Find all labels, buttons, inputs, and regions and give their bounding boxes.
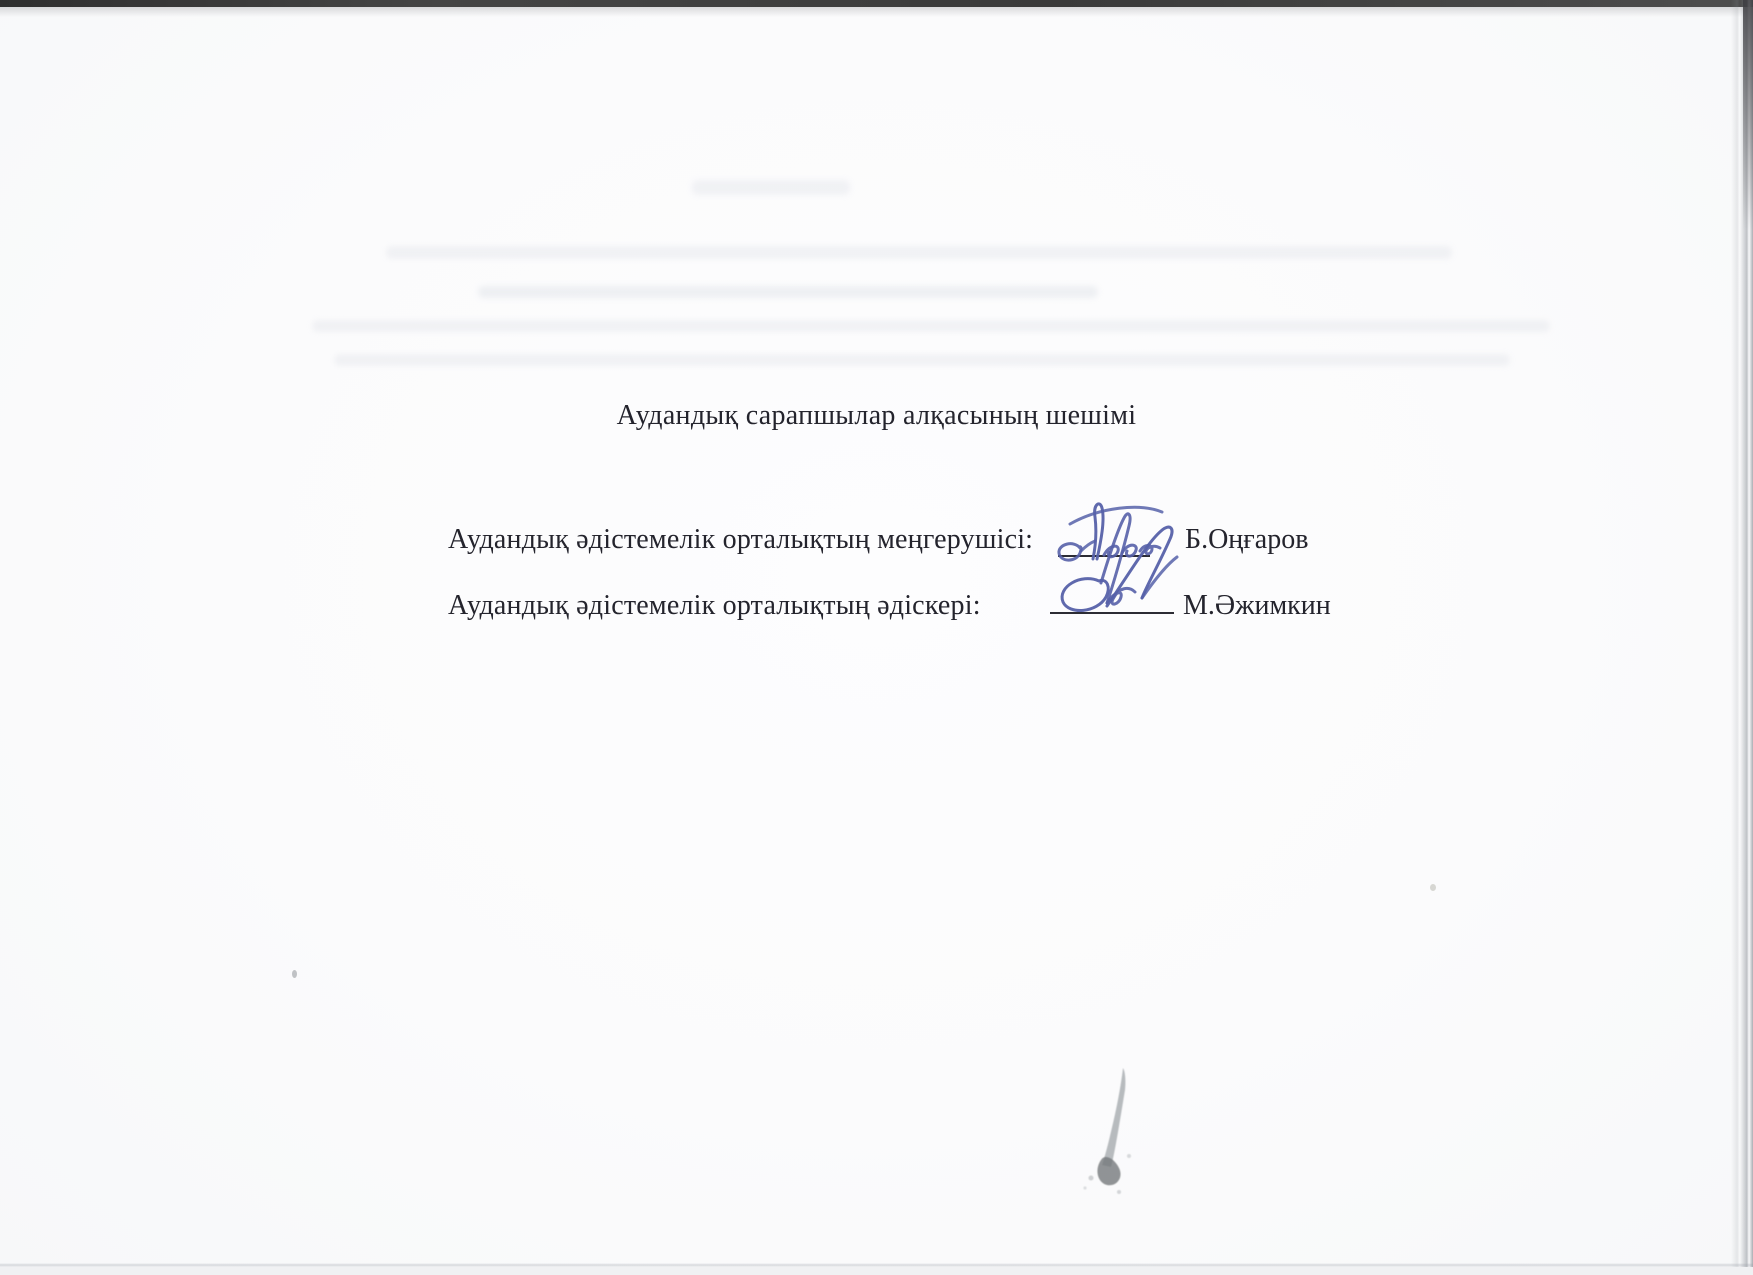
scanned-document-page: Аудандық сарапшылар алқасының шешімі Ауд… — [0, 0, 1753, 1275]
bleedthrough-line — [692, 180, 850, 195]
bleedthrough-line — [386, 246, 1452, 259]
dust-speck — [292, 970, 297, 978]
scan-edge-right-dark — [1743, 0, 1753, 230]
scan-edge-bottom-wash — [0, 1267, 1753, 1275]
document-title: Аудандық сарапшылар алқасының шешімі — [0, 400, 1753, 432]
scan-edge-top-shadow — [0, 7, 1753, 17]
ink-smudge — [1075, 1060, 1155, 1200]
dust-speck — [1430, 884, 1436, 891]
bleedthrough-line — [334, 354, 1510, 366]
signatory-name-azhimkin: М.Әжимкин — [1183, 590, 1331, 622]
bleedthrough-line — [478, 286, 1098, 298]
role-label-methodist: Аудандық әдістемелік орталықтың әдіскері… — [448, 590, 981, 622]
handwritten-signature-azhimkin — [1045, 505, 1195, 620]
signatory-name-ongarov: Б.Оңғаров — [1185, 524, 1308, 556]
bleedthrough-line — [312, 320, 1550, 332]
scan-edge-top — [0, 0, 1753, 7]
role-label-manager: Аудандық әдістемелік орталықтың меңгеруш… — [448, 524, 1033, 556]
